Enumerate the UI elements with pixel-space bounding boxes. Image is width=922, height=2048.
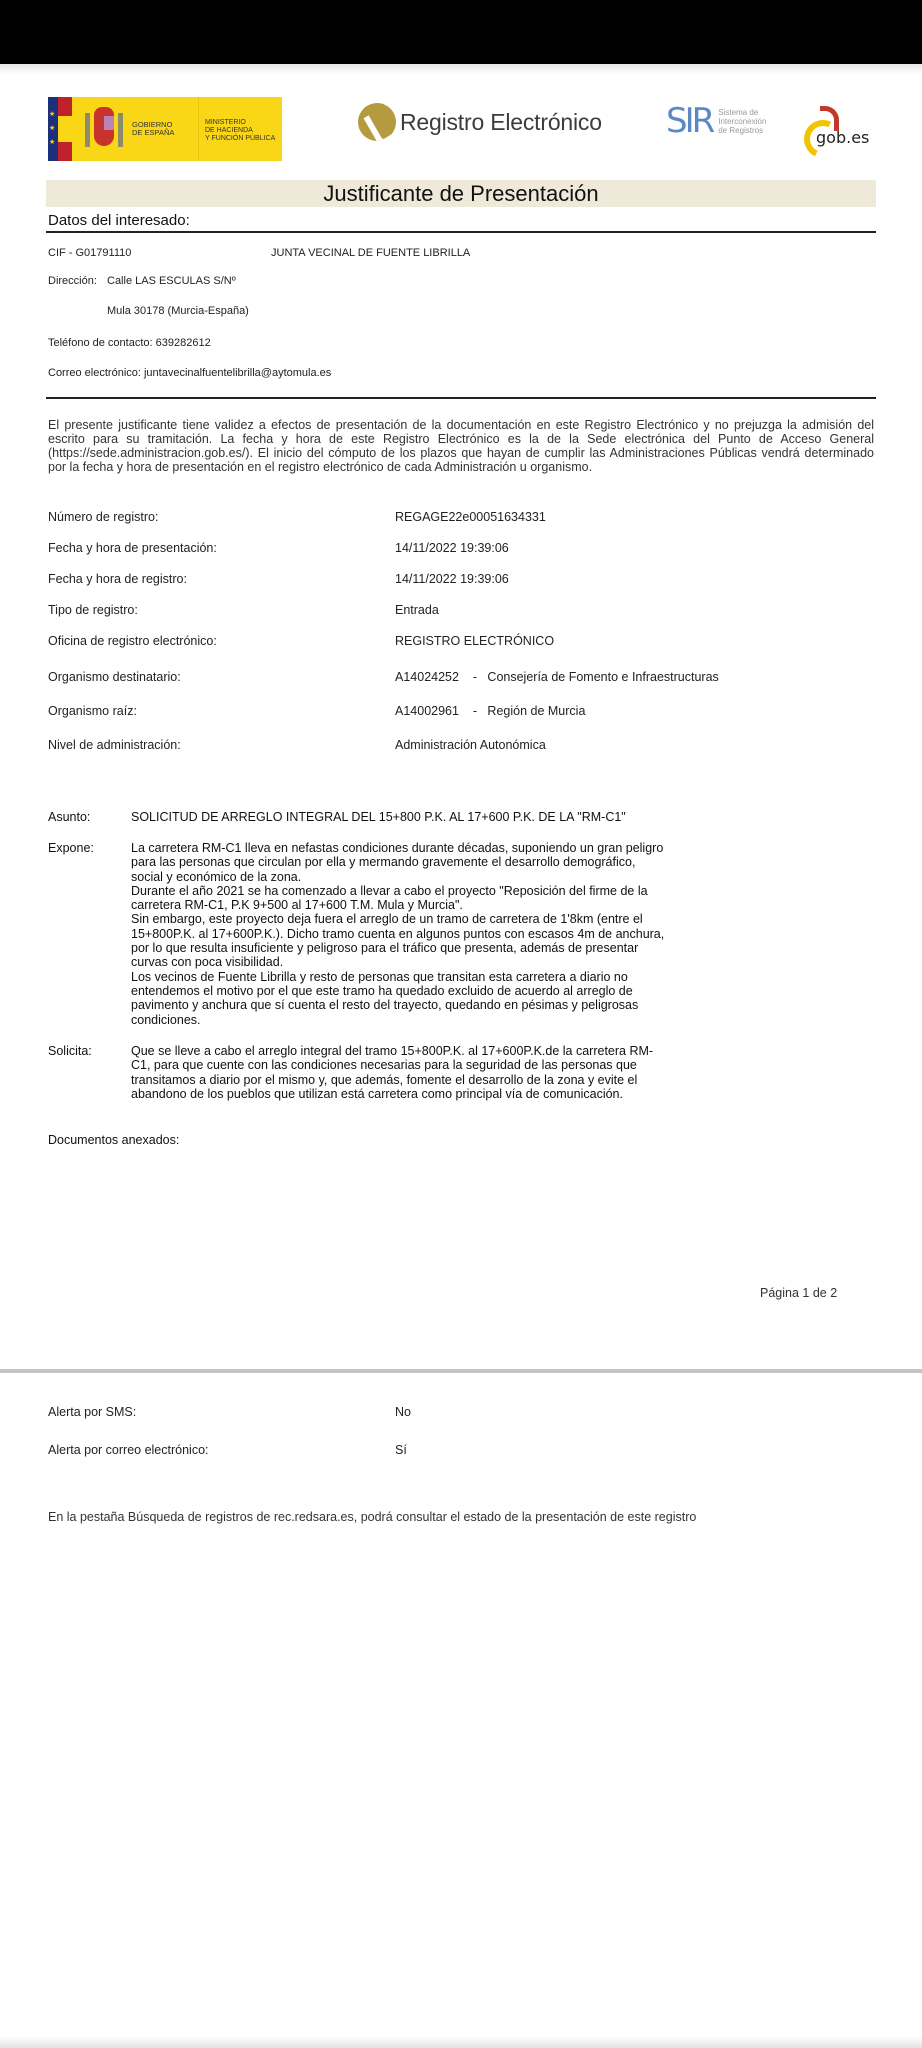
gob-es-logo: gob.es xyxy=(800,106,870,148)
registro-label: Fecha y hora de registro: xyxy=(48,572,187,586)
registro-label: Organismo destinatario: xyxy=(48,670,181,684)
expone-label: Expone: xyxy=(48,841,94,855)
text-line: carretera RM-C1, P.K 9+500 al 17+600 T.M… xyxy=(131,898,691,912)
alerta-label: Alerta por SMS: xyxy=(48,1405,136,1419)
registro-value: 14/11/2022 19:39:06 xyxy=(395,572,509,586)
registro-value: Entrada xyxy=(395,603,439,617)
solicita-label: Solicita: xyxy=(48,1044,92,1058)
validity-disclaimer: El presente justificante tiene validez a… xyxy=(48,418,874,474)
text-line: curvas con poca visibilidad. xyxy=(131,955,691,969)
alerta-value: Sí xyxy=(395,1443,407,1457)
asunto-label: Asunto: xyxy=(48,810,90,824)
documentos-anexados-label: Documentos anexados: xyxy=(48,1133,179,1147)
text-line: La carretera RM-C1 lleva en nefastas con… xyxy=(131,841,691,855)
sir-logo: SIR Sistema deInterconexiónde Registros xyxy=(666,104,766,138)
coat-of-arms-icon xyxy=(82,107,126,151)
text-line: social y económico de la zona. xyxy=(131,870,691,884)
alerta-value: No xyxy=(395,1405,411,1419)
text-line: para las personas que circulan por ella … xyxy=(131,855,691,869)
registro-logo-text: Registro Electrónico xyxy=(400,109,602,136)
gob-es-text: gob.es xyxy=(816,128,869,147)
registro-label: Nivel de administración: xyxy=(48,738,181,752)
divider xyxy=(46,397,876,399)
registro-mark-icon xyxy=(358,103,396,141)
document-title-bar: Justificante de Presentación xyxy=(46,180,876,207)
text-line: por lo que resulta insuficiente y peligr… xyxy=(131,941,691,955)
text-line: transitamos a diario por el mismo y, que… xyxy=(131,1073,691,1087)
registro-label: Tipo de registro: xyxy=(48,603,138,617)
registro-value: Administración Autonómica xyxy=(395,738,546,752)
expone-text: La carretera RM-C1 lleva en nefastas con… xyxy=(131,841,691,1027)
correo: Correo electrónico: juntavecinalfuenteli… xyxy=(48,367,331,379)
registro-value: 14/11/2022 19:39:06 xyxy=(395,541,509,555)
registro-label: Número de registro: xyxy=(48,510,158,524)
cif: CIF - G01791110 xyxy=(48,247,131,259)
registro-label: Organismo raíz: xyxy=(48,704,137,718)
solicita-text: Que se lleve a cabo el arreglo integral … xyxy=(131,1044,691,1101)
direccion-label: Dirección: xyxy=(48,275,97,287)
registro-electronico-logo: Registro Electrónico xyxy=(358,102,602,142)
document-title: Justificante de Presentación xyxy=(46,181,876,207)
registro-value: A14002961 - Región de Murcia xyxy=(395,704,585,718)
gobierno-text: GOBIERNODE ESPAÑA xyxy=(132,121,192,161)
registro-label: Fecha y hora de presentación: xyxy=(48,541,217,555)
text-line: 15+800P.K. al 17+600P.K.). Dicho tramo c… xyxy=(131,927,691,941)
top-black-bar xyxy=(0,0,922,64)
registro-value: REGISTRO ELECTRÓNICO xyxy=(395,634,554,648)
registro-value: REGAGE22e00051634331 xyxy=(395,510,546,524)
alerta-label: Alerta por correo electrónico: xyxy=(48,1443,209,1457)
page-break-separator xyxy=(0,1369,922,1373)
text-line: pavimento y anchura que sí cuenta el res… xyxy=(131,998,691,1012)
direccion-line1: Calle LAS ESCULAS S/Nº xyxy=(107,275,236,287)
text-line: abandono de los pueblos que utilizan est… xyxy=(131,1087,691,1101)
footer-note: En la pestaña Búsqueda de registros de r… xyxy=(48,1510,696,1524)
sir-logo-text: Sistema deInterconexiónde Registros xyxy=(718,108,766,135)
text-line: Durante el año 2021 se ha comenzado a ll… xyxy=(131,884,691,898)
ministry-text: MINISTERIODE HACIENDAY FUNCIÓN PÚBLICA xyxy=(205,119,275,161)
interesado-name: JUNTA VECINAL DE FUENTE LIBRILLA xyxy=(271,247,470,259)
registro-value: A14024252 - Consejería de Fomento e Infr… xyxy=(395,670,719,684)
bottom-shadow xyxy=(0,2036,922,2048)
spain-flag-stripe xyxy=(58,97,72,161)
gobierno-de-espana-logo: ★★★ GOBIERNODE ESPAÑA MINISTERIODE HACIE… xyxy=(48,97,282,161)
interesado-heading: Datos del interesado: xyxy=(48,212,190,229)
text-line: condiciones. xyxy=(131,1013,691,1027)
text-line: Sin embargo, este proyecto deja fuera el… xyxy=(131,912,691,926)
registro-label: Oficina de registro electrónico: xyxy=(48,634,217,648)
direccion-line2: Mula 30178 (Murcia-España) xyxy=(107,305,249,317)
asunto-text: SOLICITUD DE ARREGLO INTEGRAL DEL 15+800… xyxy=(131,810,626,824)
telefono: Teléfono de contacto: 639282612 xyxy=(48,337,211,349)
text-line: entendemos el motivo por el que este tra… xyxy=(131,984,691,998)
top-shadow xyxy=(0,64,922,74)
sir-mark-icon: SIR xyxy=(666,104,712,138)
text-line: Que se lleve a cabo el arreglo integral … xyxy=(131,1044,691,1058)
page-number: Página 1 de 2 xyxy=(760,1286,837,1300)
text-line: Los vecinos de Fuente Librilla y resto d… xyxy=(131,970,691,984)
divider xyxy=(46,231,876,233)
text-line: C1, para que cuente con las condiciones … xyxy=(131,1058,691,1072)
eu-flag-icon: ★★★ xyxy=(48,97,58,161)
